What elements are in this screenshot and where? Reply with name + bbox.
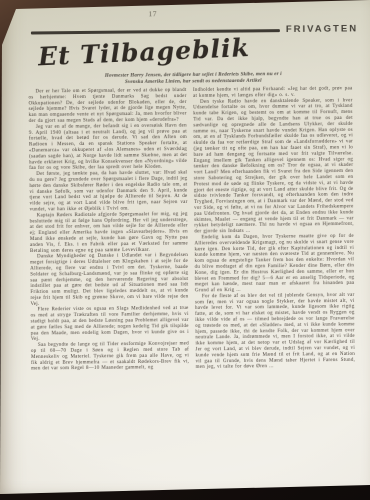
- body-paragraph: Der er her Tale om et Spørgsmaal, der er…: [28, 87, 186, 124]
- masthead: FRIVAGTEN: [286, 23, 358, 35]
- page-number: 17: [140, 9, 166, 18]
- body-paragraph: Den tyske Radio havde en dansktalende Sp…: [193, 97, 354, 234]
- article-byline: Hovmester Harry Jensen, der tidligere ha…: [43, 70, 343, 85]
- photo-frame: 17 FRIVAGTEN Et Tilbageblik Hovmester Ha…: [0, 0, 370, 500]
- body-paragraph: Flere Rederier viste os ogsaa en Slags M…: [31, 305, 189, 342]
- body-paragraph: For de fleste af os blev det vel til jub…: [195, 292, 355, 370]
- article-body: Der er her Tale om et Spørgsmaal, der er…: [28, 85, 355, 452]
- body-paragraph: Danske Myndigheder og Danske i Udlandet …: [30, 252, 189, 307]
- column-left: Der er her Tale om et Spørgsmaal, der er…: [28, 87, 189, 452]
- body-paragraph: Jeg var en af de mange, der befandt sig …: [29, 122, 187, 171]
- page-content: 17 FRIVAGTEN Et Tilbageblik Hovmester Ha…: [0, 0, 370, 500]
- column-right: Indholdet kendte vi altid paa Forhaand: …: [193, 85, 356, 451]
- body-paragraph: Saa begyndte de lange og til Tider ensfo…: [31, 341, 189, 372]
- magazine-page: 17 FRIVAGTEN Et Tilbageblik Hovmester Ha…: [0, 0, 370, 500]
- body-paragraph: Endelig kom da Dagen, hvor Tyskerne maat…: [194, 233, 354, 294]
- body-paragraph: Det første, jeg tænkte paa, da han havde…: [29, 170, 187, 213]
- body-paragraph: Kaptajn Røders Radiotale afgjorde Spørgs…: [30, 211, 188, 254]
